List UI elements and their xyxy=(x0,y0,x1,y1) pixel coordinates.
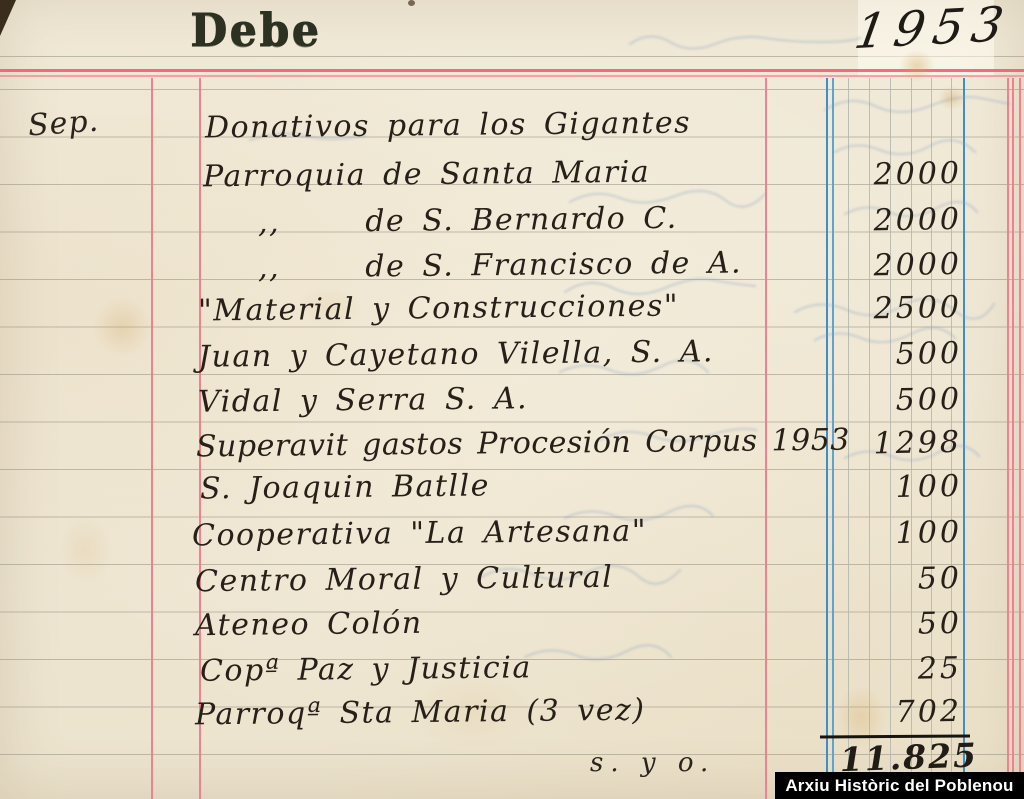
page-title: Debe xyxy=(190,4,330,57)
paper-speck xyxy=(408,0,415,6)
row-description: Ateneo Colón xyxy=(195,606,423,643)
ledger-row: Centro Moral y Cultural 50 xyxy=(0,562,1024,606)
ledger-row: Superavit gastos Procesión Corpus 1953 1… xyxy=(0,426,1024,470)
row-description: Superavit gastos Procesión Corpus 1953 xyxy=(196,423,850,465)
row-amount: 50 xyxy=(828,561,963,598)
ledger-row: Parroquia de Santa Maria 2000 xyxy=(0,157,1024,201)
row-description: S. Joaquin Batlle xyxy=(200,468,490,506)
ledger-row: ,, de S. Bernardo C. 2000 xyxy=(0,203,1024,247)
row-description: Cooperativa "La Artesana" xyxy=(192,514,647,554)
ledger-page: Debe 1953 Sep. Donativos para los Gigant… xyxy=(0,0,1024,799)
row-amount: 500 xyxy=(828,336,963,373)
page-corner-shadow xyxy=(0,0,16,36)
row-description: Donativos para los Gigantes xyxy=(205,105,691,145)
row-amount: 702 xyxy=(828,694,963,731)
row-description: ,, de S. Bernardo C. xyxy=(258,201,678,240)
watermark-bar: Arxiu Històric del Poblenou xyxy=(775,772,1024,799)
row-amount: 2000 xyxy=(828,247,963,284)
ledger-row: Parroqª Sta Maria (3 vez) 702 xyxy=(0,695,1024,739)
row-description: Juan y Cayetano Vilella, S. A. xyxy=(198,334,714,374)
ledger-row: "Material y Construcciones" 2500 xyxy=(0,291,1024,335)
watermark-label: Arxiu Històric del Poblenou xyxy=(785,776,1013,796)
row-amount: 2000 xyxy=(828,202,963,239)
row-description: Copª Paz y Justicia xyxy=(200,650,532,688)
row-description: ,, de S. Francisco de A. xyxy=(258,245,742,285)
closing-note: s. y o. xyxy=(590,748,715,778)
ledger-row: Copª Paz y Justicia 25 xyxy=(0,652,1024,696)
row-description: Centro Moral y Cultural xyxy=(195,560,614,599)
row-amount: 1298 xyxy=(828,425,963,462)
row-amount: 100 xyxy=(828,515,963,552)
ledger-row: Juan y Cayetano Vilella, S. A. 500 xyxy=(0,337,1024,381)
row-amount: 2500 xyxy=(828,290,963,327)
row-amount: 100 xyxy=(828,469,963,506)
row-amount: 2000 xyxy=(828,156,963,193)
ledger-row: Ateneo Colón 50 xyxy=(0,607,1024,651)
year-label: 1953 xyxy=(851,0,1022,60)
row-description: Parroquia de Santa Maria xyxy=(203,155,651,195)
header-red-rule-thin xyxy=(0,75,1024,77)
row-description: Vidal y Serra S. A. xyxy=(198,381,528,419)
row-description: Parroqª Sta Maria (3 vez) xyxy=(195,693,646,733)
ledger-row: Donativos para los Gigantes xyxy=(0,108,1024,152)
paper-stain xyxy=(938,86,966,110)
ledger-row: Vidal y Serra S. A. 500 xyxy=(0,383,1024,427)
ledger-row: Cooperativa "La Artesana" 100 xyxy=(0,516,1024,560)
ledger-row: ,, de S. Francisco de A. 2000 xyxy=(0,248,1024,292)
header-red-rule-thick xyxy=(0,69,1024,72)
row-description: "Material y Construcciones" xyxy=(198,288,679,328)
row-amount: 50 xyxy=(828,606,963,643)
row-amount: 25 xyxy=(828,651,963,688)
row-amount xyxy=(828,107,962,109)
row-amount: 500 xyxy=(828,382,963,419)
ledger-row: S. Joaquin Batlle 100 xyxy=(0,470,1024,514)
